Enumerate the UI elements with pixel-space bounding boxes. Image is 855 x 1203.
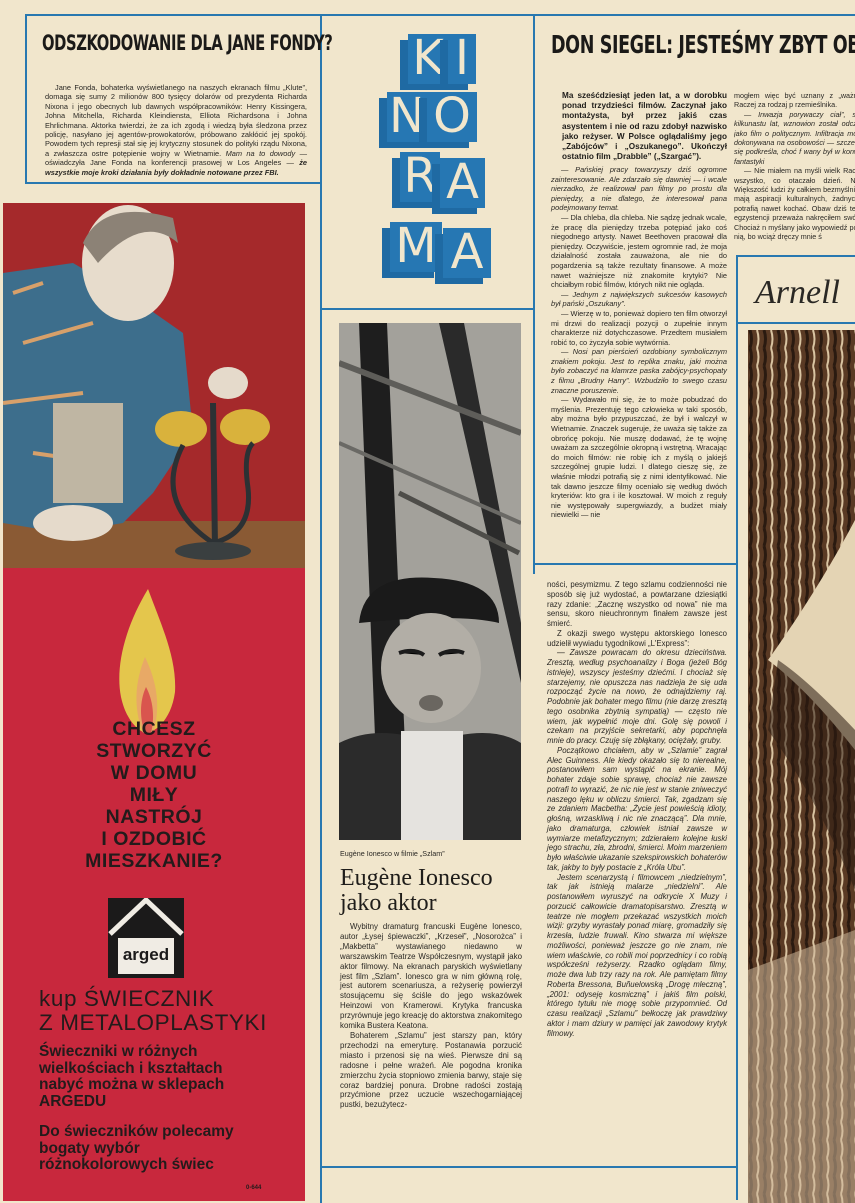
arged-logo: arged (108, 898, 184, 978)
column-rule (533, 14, 535, 574)
ionesco-photo-caption: Eugène Ionesco w filmie „Szlam” (340, 849, 445, 858)
kinorama-logo: K I N O R A M A (365, 30, 505, 290)
column-rule (320, 14, 322, 1203)
ionesco-column-1: Wybitny dramaturg francuski Eugène Iones… (340, 922, 522, 1110)
ad-headline: CHCESZ STWORZYĆ W DOMU MIŁY NASTRÓJ I OZ… (3, 718, 305, 872)
kinorama-letter: N (387, 92, 427, 142)
column-rule (736, 322, 855, 324)
siegel-column-1: — Pańskiej pracy towarzyszy dziś ogromne… (551, 165, 727, 520)
column-rule (736, 255, 738, 1200)
ionesco-column-2: ności, pesymizmu. Z tego szlamu codzienn… (547, 580, 727, 1038)
kinorama-letter: A (440, 158, 485, 208)
ad-code: 0-644 (246, 1185, 261, 1191)
kinorama-letter: M (390, 222, 442, 272)
column-rule (736, 255, 855, 257)
kinorama-letter: A (443, 228, 491, 278)
siegel-headline: DON SIEGEL: JESTEŚMY ZBYT OBOJ (551, 30, 855, 59)
arged-brand-text: arged (118, 945, 174, 965)
ionesco-headline: Eugène Ionesco jako aktor (340, 866, 493, 916)
siegel-column-2: mogłem więc być uznany z „ważnego”. Racz… (734, 91, 855, 249)
kinorama-letter: O (427, 92, 477, 142)
column-rule (25, 182, 321, 184)
fonda-body: Jane Fonda, bohaterka wyświetlanego na n… (45, 83, 307, 177)
woman-candlestick-illustration (3, 203, 305, 568)
ad-photo-woman-candlestick (3, 203, 305, 568)
ad-kup-text: kup ŚWIECZNIK Z METALOPLASTYKI (39, 987, 267, 1035)
ad-paragraph-1: Świeczniki w różnych wielkościach i kszt… (39, 1044, 224, 1110)
house-icon (108, 898, 184, 978)
siegel-lead: Ma sześćdziesiąt jeden lat, a w dorobku … (562, 91, 727, 162)
column-rule (25, 14, 27, 182)
arged-advertisement: CHCESZ STWORZYĆ W DOMU MIŁY NASTRÓJ I OZ… (3, 568, 305, 1201)
kinorama-letter: I (448, 34, 476, 84)
fur-portrait-image (748, 330, 855, 1203)
ionesco-photo (339, 323, 521, 840)
arnell-photo (748, 330, 855, 1203)
kinorama-letter: K (408, 34, 448, 84)
column-rule (320, 308, 535, 310)
column-rule (25, 14, 855, 16)
fonda-headline: ODSZKODOWANIE DLA JANE FONDY? (42, 31, 332, 55)
column-rule (533, 563, 738, 565)
column-rule (320, 1166, 738, 1168)
ad-paragraph-2: Do świeczników polecamy bogaty wybór róż… (39, 1124, 234, 1174)
arnell-headline: Arnell (755, 274, 840, 312)
ionesco-portrait-image (339, 323, 521, 840)
kinorama-letter: R (400, 152, 440, 202)
